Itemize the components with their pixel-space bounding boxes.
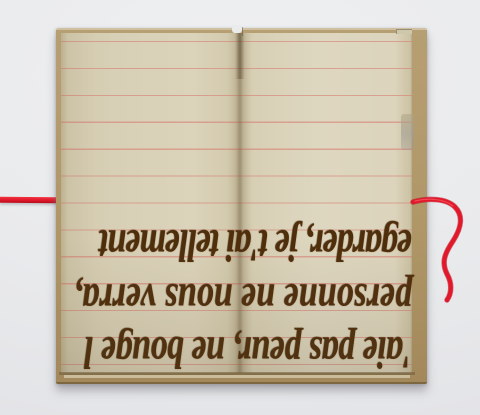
- bookmark-ribbon-left: [0, 197, 59, 203]
- photo-background: egarder, je t'ai tellement personne ne n…: [0, 0, 480, 415]
- paper-stain: [401, 114, 414, 150]
- bookmark-ribbon-right: [410, 194, 480, 312]
- spine-top-notch: [232, 27, 242, 33]
- page-corner-step: [396, 29, 412, 34]
- notebook: egarder, je t'ai tellement personne ne n…: [56, 28, 427, 384]
- page-stack-edge: [64, 375, 410, 378]
